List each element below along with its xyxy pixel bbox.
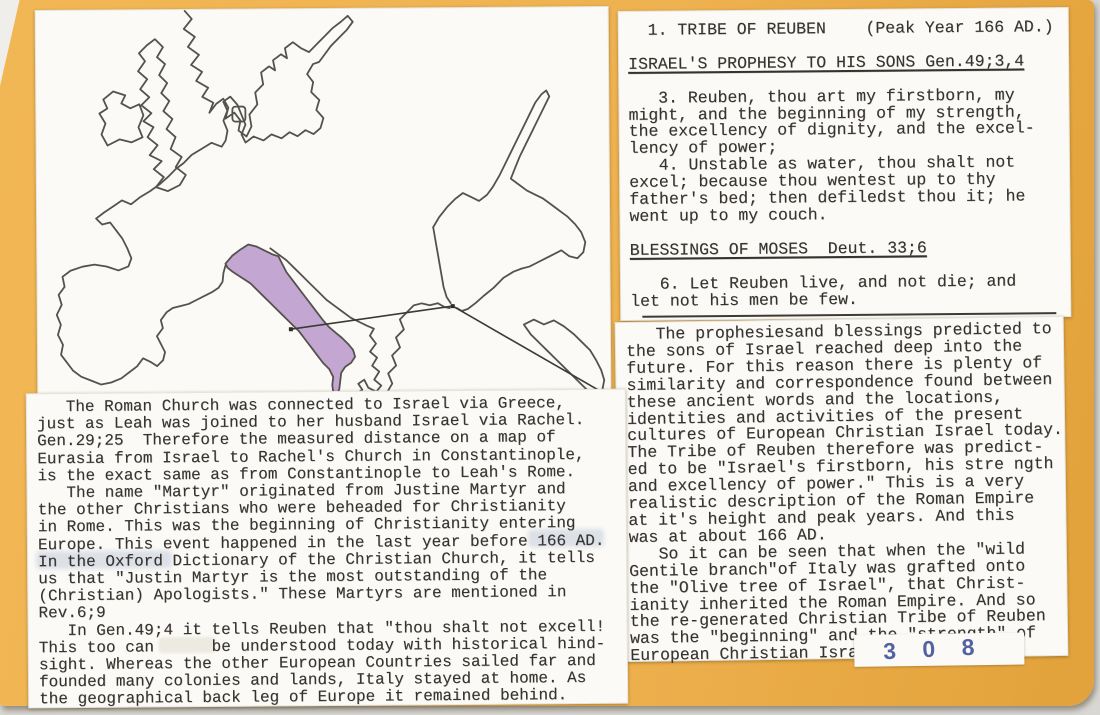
rome-marker (289, 327, 293, 331)
scan-corner-sliver (0, 0, 20, 86)
constantinople-to-israel-line (453, 305, 606, 395)
black-sea-outline (432, 90, 586, 311)
scanned-scrapbook-page: { "colors": { "scan_bg": "#d9d7d3", "pag… (0, 0, 1100, 715)
tribe-of-reuben-card: 1. TRIBE OF REUBEN (Peak Year 166 AD.) I… (618, 7, 1072, 321)
balkans-greece-coast (270, 248, 381, 395)
ireland-outline (99, 91, 143, 145)
hand-drawn-europe-map (35, 6, 612, 398)
italy-region (225, 244, 355, 396)
typed-line: ISRAEL'S PROPHESY TO HIS SONS Gen.49;3,4 (628, 53, 1069, 74)
europe-map-drawing (35, 6, 612, 398)
anatolia-southeast-coast (524, 319, 605, 397)
typed-text-block: The prophesiesand blessings predicted to… (626, 321, 1069, 665)
page-number-stamp: 3 0 8 (883, 633, 985, 665)
constantinople-marker (451, 304, 455, 308)
roman-church-card: The Roman Church was connected to Israel… (26, 389, 628, 709)
great-britain-outline (138, 39, 186, 191)
typed-text-block: The Roman Church was connected to Israel… (37, 395, 628, 709)
black-sea-west-coast (433, 227, 451, 303)
aegean-east-coast (386, 303, 451, 393)
prophesies-analysis-card: The prophesiesand blessings predicted to… (615, 316, 1069, 662)
typed-line: let not his men be few. (630, 290, 1071, 311)
